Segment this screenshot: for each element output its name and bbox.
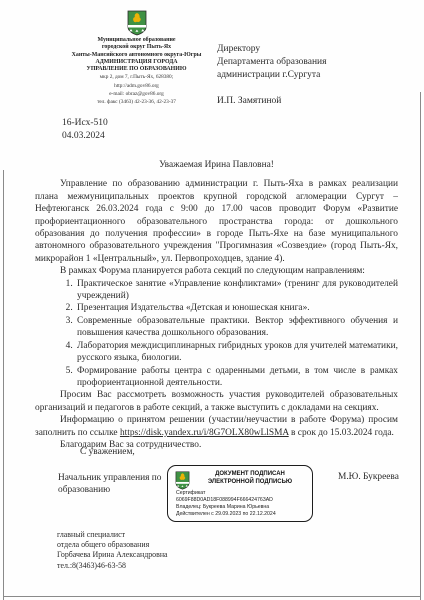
letter-body: Уважаемая Ирина Павловна! Управление по … xyxy=(35,159,398,451)
scanned-letter-page: Муниципальное образование городской окру… xyxy=(0,0,424,600)
letterhead-website: http://adm.gov86.org xyxy=(60,83,213,90)
scan-edge-bottom xyxy=(3,596,421,597)
letterhead-address-line: мкр 2, дом 7, г.Пыть-Ях, 628380; xyxy=(60,74,213,81)
contact-person-block: главный специалист отдела общего образов… xyxy=(57,530,257,571)
scan-edge-left xyxy=(3,170,4,600)
paragraph-3: Просим Вас рассмотреть возможность участ… xyxy=(35,389,398,414)
closing-phrase: С уважением, xyxy=(80,447,135,457)
list-item: Презентация Издательства «Детская и юнош… xyxy=(75,302,398,314)
stamp-owner: Владелец: Букреева Марина Юрьевна xyxy=(176,504,308,511)
signer-position-line: образованию xyxy=(58,484,168,496)
signer-position-line: Начальник управления по xyxy=(58,472,168,484)
paragraph-2: В рамках Форума планируется работа секци… xyxy=(35,265,398,277)
list-item: Практическое занятие «Управление конфлик… xyxy=(75,278,398,303)
stamp-cert-number: 6069F88D0AD18F088994F666424763AD xyxy=(176,497,308,504)
electronic-signature-stamp: ДОКУМЕНТ ПОДПИСАН ЭЛЕКТРОННОЙ ПОДПИСЬЮ С… xyxy=(167,465,313,522)
ref-block: 16-Исх-510 04.03.2024 xyxy=(62,117,108,142)
list-item: Формирование работы центра с одаренными … xyxy=(75,365,398,390)
ref-date: 04.03.2024 xyxy=(62,130,108,143)
list-item: Современные образовательные практики. Ве… xyxy=(75,315,398,340)
signer-name: М.Ю. Букреева xyxy=(338,472,399,482)
scan-edge-right xyxy=(420,92,421,600)
letterhead-org-line: АДМИНИСТРАЦИЯ ГОРОДА xyxy=(60,59,213,66)
addressee-block: Директору Департамента образования админ… xyxy=(217,43,397,108)
addressee-department: Департамента образования xyxy=(217,56,397,69)
stamp-details: Сертификат 6069F88D0AD18F088994F66642476… xyxy=(176,490,308,518)
list-item: Лаборатория междисциплинарных гибридных … xyxy=(75,340,398,365)
addressee-administration: администрации г.Сургута xyxy=(217,69,397,82)
stamp-cert-label: Сертификат xyxy=(176,490,308,497)
sections-list: Практическое занятие «Управление конфлик… xyxy=(35,278,398,390)
paragraph-4-text-after: в срок до 15.03.2024 года. xyxy=(289,428,394,438)
stamp-title-line: ДОКУМЕНТ ПОДПИСАН xyxy=(194,471,306,479)
paragraph-1: Управление по образованию администрации … xyxy=(35,178,398,265)
salutation: Уважаемая Ирина Павловна! xyxy=(35,159,398,171)
stamp-title: ДОКУМЕНТ ПОДПИСАН ЭЛЕКТРОННОЙ ПОДПИСЬЮ xyxy=(194,471,306,486)
letterhead-org-line: Ханты-Мансийского автономного округа-Югр… xyxy=(60,52,213,59)
letterhead-org-line: УПРАВЛЕНИЕ ПО ОБРАЗОВАНИЮ xyxy=(60,66,213,73)
addressee-title: Директору xyxy=(217,43,397,56)
contact-position: главный специалист xyxy=(57,530,257,540)
coat-of-arms-icon xyxy=(127,10,147,36)
stamp-validity: Действителен с 29.09.2023 по 22.12.2024 xyxy=(176,511,308,518)
ref-number: 16-Исх-510 xyxy=(62,117,108,130)
letterhead-org-line: городской округ Пыть-Ях xyxy=(60,44,213,51)
stamp-coat-of-arms-icon xyxy=(175,471,190,490)
contact-department: отдела общего образования xyxy=(57,540,257,550)
contact-phone: тел.:8(3463)46-63-58 xyxy=(57,561,257,571)
addressee-name: И.П. Замятиной xyxy=(217,95,397,108)
stamp-title-line: ЭЛЕКТРОННОЙ ПОДПИСЬЮ xyxy=(194,479,306,487)
letterhead-email: e-mail: obraz@gov86.org xyxy=(60,91,213,98)
contact-name: Горбачева Ирина Александровна xyxy=(57,550,257,560)
yandex-disk-link[interactable]: https://disk.yandex.ru/i/8G7OLX80wLlSMA xyxy=(120,428,289,438)
signer-position: Начальник управления по образованию xyxy=(58,472,168,497)
letterhead-phone: тел. факс (3463) 42-23-36, 42-23-37 xyxy=(60,99,213,106)
letterhead: Муниципальное образование городской окру… xyxy=(60,37,213,106)
paragraph-4: Информацию о принятом решении (участии/н… xyxy=(35,414,398,439)
